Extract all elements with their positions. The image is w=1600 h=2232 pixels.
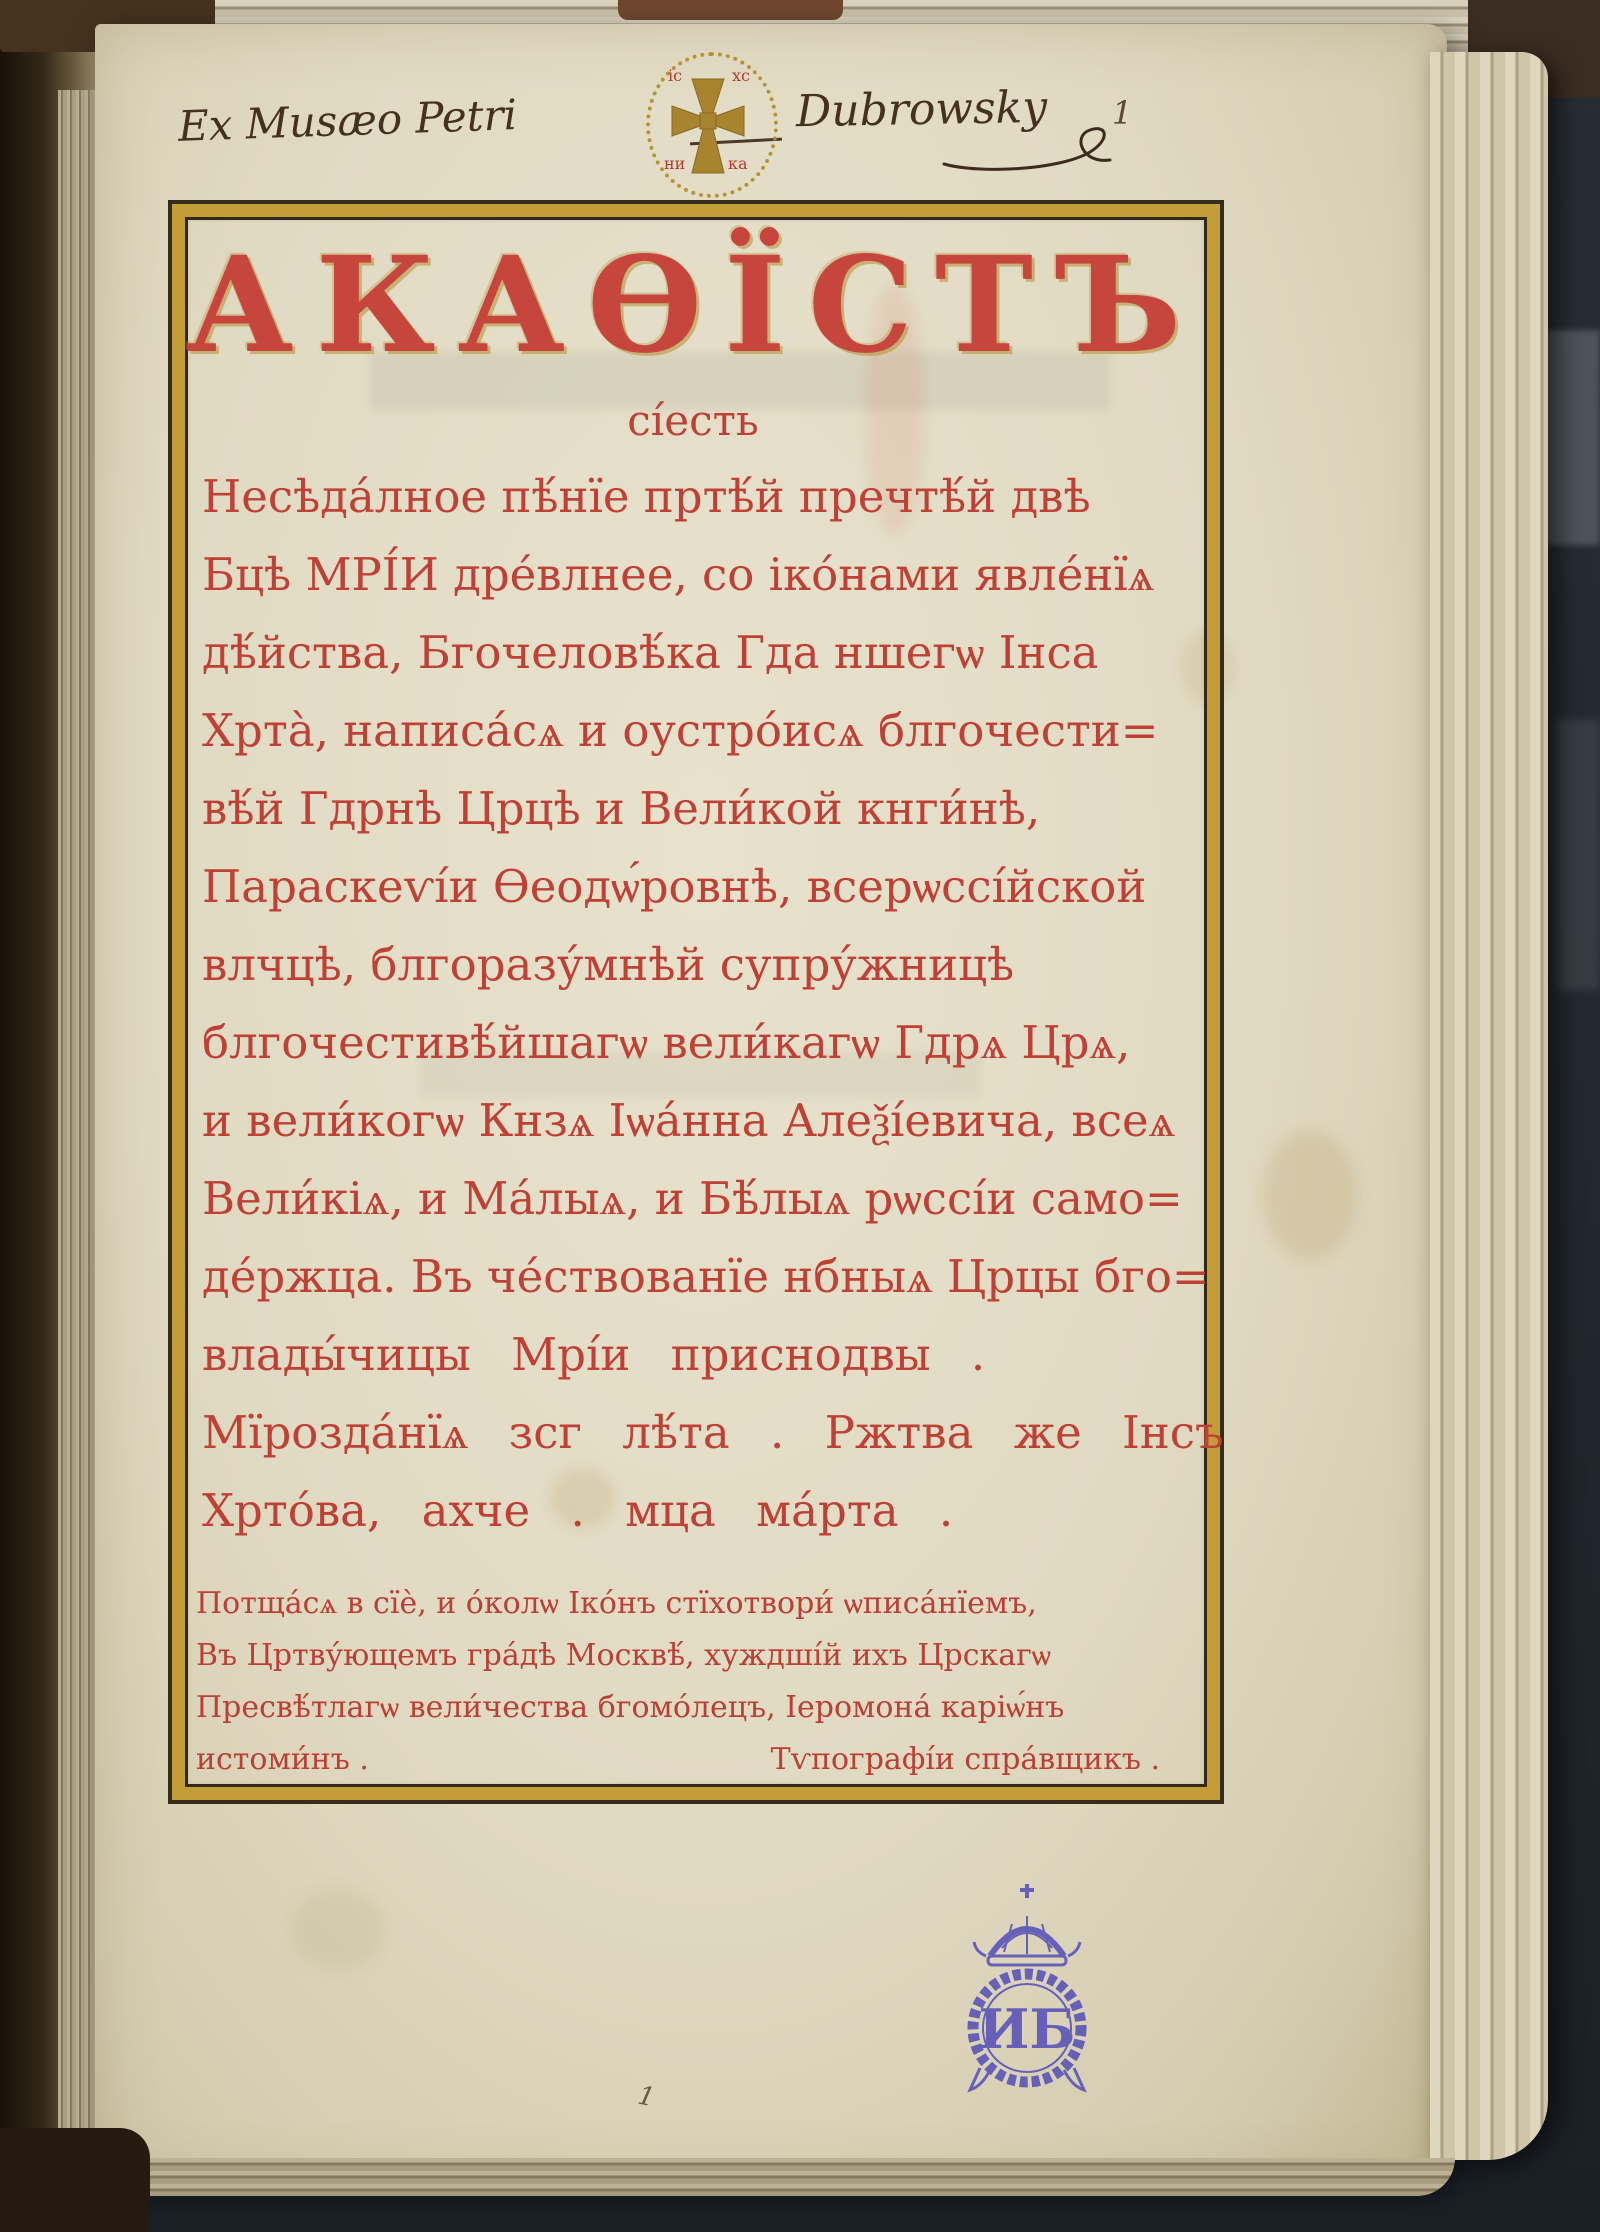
body-line: влчцѣ, блгоразу́мнѣй супру́жницѣ <box>202 926 1204 1004</box>
body-line: вѣ́й Гдрнѣ Црцѣ и Вели́кой кнги́нѣ, <box>202 770 1204 848</box>
colophon: Потща́сѧ в сїѐ, и о́колѡ Іко́нъ стїхотво… <box>196 1578 1200 1786</box>
cross-letters-ic: іс <box>668 66 682 85</box>
colophon-line: Пресвѣ́тлагѡ вели́чества бгомо́лецъ, Іер… <box>196 1682 1200 1734</box>
page-edges-bottom <box>95 2158 1455 2196</box>
page-subtitle: сі́есть <box>186 396 1200 445</box>
body-line: де́ржца. Въ че́ствованїе нбныѧ Црцы бго= <box>202 1238 1204 1316</box>
body-line: Вели́кіѧ, и Ма́лыѧ, и Бѣ́лыѧ рѡссі́и сам… <box>202 1160 1204 1238</box>
cross-ornament-icon: іс хс ни ка <box>646 52 770 190</box>
manuscript-photo: Ex Musæo Petri Dubrowsky 1 іс хс ни ка А… <box>0 0 1600 2232</box>
body-line: блгочестивѣ́йшагѡ вели́кагѡ Гдрѧ Црѧ, <box>202 1004 1204 1082</box>
stain <box>290 1890 385 1970</box>
colophon-author: истоми́нъ . <box>196 1734 369 1786</box>
page-title: АКАѲЇСТЪ <box>186 228 1200 383</box>
body-line: и вели́когѡ Кнзѧ Іѡа́нна Алеѯі́евича, вс… <box>202 1082 1204 1160</box>
folio-number: 1 <box>1112 94 1132 132</box>
leather-binding-bottom-left <box>0 2128 150 2232</box>
stamp-monogram: ИБ <box>978 1997 1075 2061</box>
body-line: Хрто́ва, ахче . мца ма́рта . <box>202 1472 1204 1550</box>
body-line: влады́чицы Мрі́и приснодвы . <box>202 1316 1204 1394</box>
stain <box>1262 1130 1357 1260</box>
signature-flourish <box>940 112 1120 182</box>
body-line: Бцѣ МРІ́И дре́влнее, со іко́нами явле́нї… <box>202 536 1204 614</box>
leather-binding-top-center <box>618 0 843 20</box>
page-edges-left <box>58 90 98 2150</box>
body-line: Параскеѵі́и Ѳеодѡ́ровнѣ, всерѡссі́йской <box>202 848 1204 926</box>
colophon-role: Тѵпографі́и спра́вщикъ . <box>771 1734 1160 1786</box>
body-line: Мїрозда́нїѧ зсг лѣ́та . Ржтва же Інсъ <box>202 1394 1204 1472</box>
library-stamp: ИБ <box>942 1878 1112 2118</box>
body-line: дѣ́йства, Бгочеловѣ́ка Гда ншегѡ Інса <box>202 614 1204 692</box>
colophon-line: Потща́сѧ в сїѐ, и о́колѡ Іко́нъ стїхотво… <box>196 1578 1200 1630</box>
cross-letters-ni: ни <box>664 154 685 173</box>
page-edges-right <box>1430 52 1548 2160</box>
cross-letters-xc: хс <box>732 66 750 85</box>
body-line: Хрта̀, написа́сѧ и оустро́исѧ блгочести= <box>202 692 1204 770</box>
body-line: Несѣда́лное пѣ́нїе пртѣ́й пречтѣ́й двѣ <box>202 458 1204 536</box>
cross-letters-ka: ка <box>728 154 748 173</box>
colophon-line-last: истоми́нъ . Тѵпографі́и спра́вщикъ . <box>196 1734 1200 1786</box>
cradle-bar <box>1542 330 1600 545</box>
body-text: Несѣда́лное пѣ́нїе пртѣ́й пречтѣ́й двѣ Б… <box>202 458 1204 1550</box>
cradle-bar-lower <box>1556 720 1600 990</box>
colophon-line: Въ Цртву́ющемъ гра́дѣ Москвѣ́, хуждші́й … <box>196 1630 1200 1682</box>
